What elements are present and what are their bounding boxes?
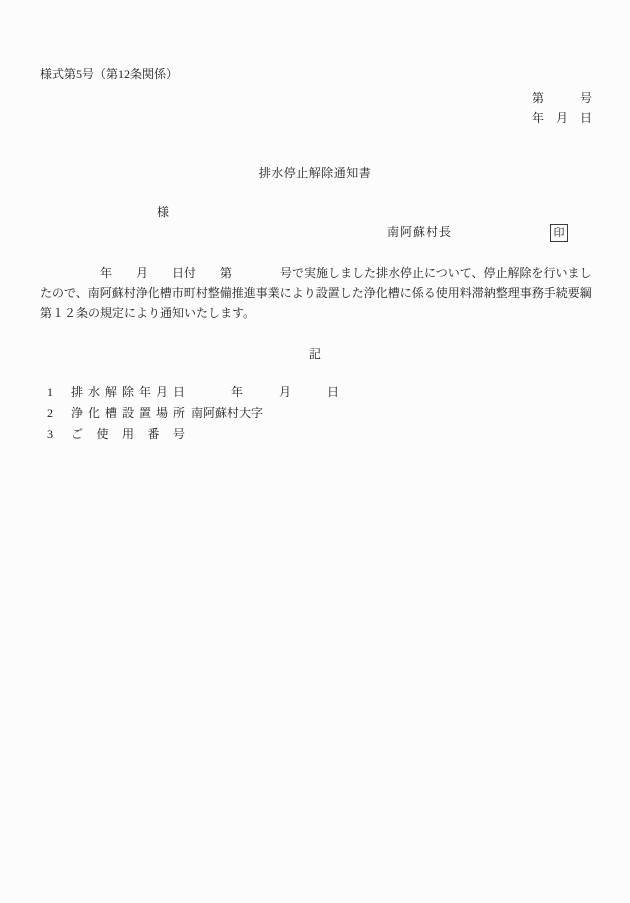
body-line-1: 年 月 日付 第 号で実施しました排水停止について、停止解除を行いまし bbox=[40, 263, 592, 283]
list-item: 1 排水解除年月日 年 月 日 bbox=[40, 382, 592, 403]
item-number: 3 bbox=[47, 424, 68, 445]
reference-block: 第 号 年 月 日 bbox=[532, 88, 592, 128]
item-label: ご使用番号 bbox=[71, 424, 185, 445]
form-number: 様式第5号（第12条関係） bbox=[40, 66, 178, 82]
document-page: 様式第5号（第12条関係） 第 号 年 月 日 排水停止解除通知書 様 南阿蘇村… bbox=[0, 0, 630, 903]
item-value: 南阿蘇村大字 bbox=[191, 406, 263, 420]
item-label: 排水解除年月日 bbox=[71, 382, 185, 403]
item-value: 年 月 日 bbox=[231, 385, 339, 399]
item-number: 2 bbox=[47, 403, 68, 424]
body-line-2: たので、南阿蘇村浄化槽市町村整備推進事業により設置した浄化槽に係る使用料滞納整理… bbox=[40, 283, 592, 303]
body-line-3: 第１２条の規定により通知いたします。 bbox=[40, 303, 592, 323]
items-list: 1 排水解除年月日 年 月 日 2 浄化槽設置場所 南阿蘇村大字 3 ご使用番号 bbox=[40, 382, 592, 445]
seal-box: 印 bbox=[550, 224, 568, 242]
sender-name: 南阿蘇村長 bbox=[387, 224, 452, 240]
list-item: 2 浄化槽設置場所 南阿蘇村大字 bbox=[40, 403, 592, 424]
recipient-honorific: 様 bbox=[157, 204, 169, 220]
item-label: 浄化槽設置場所 bbox=[71, 403, 185, 424]
date-line: 年 月 日 bbox=[532, 108, 592, 128]
page-title: 排水停止解除通知書 bbox=[0, 165, 630, 181]
item-number: 1 bbox=[47, 382, 68, 403]
record-marker: 記 bbox=[0, 346, 630, 362]
seal-mark: 印 bbox=[554, 228, 565, 239]
list-item: 3 ご使用番号 bbox=[40, 424, 592, 445]
document-number-line: 第 号 bbox=[532, 88, 592, 108]
body-paragraph: 年 月 日付 第 号で実施しました排水停止について、停止解除を行いまし たので、… bbox=[40, 263, 592, 323]
